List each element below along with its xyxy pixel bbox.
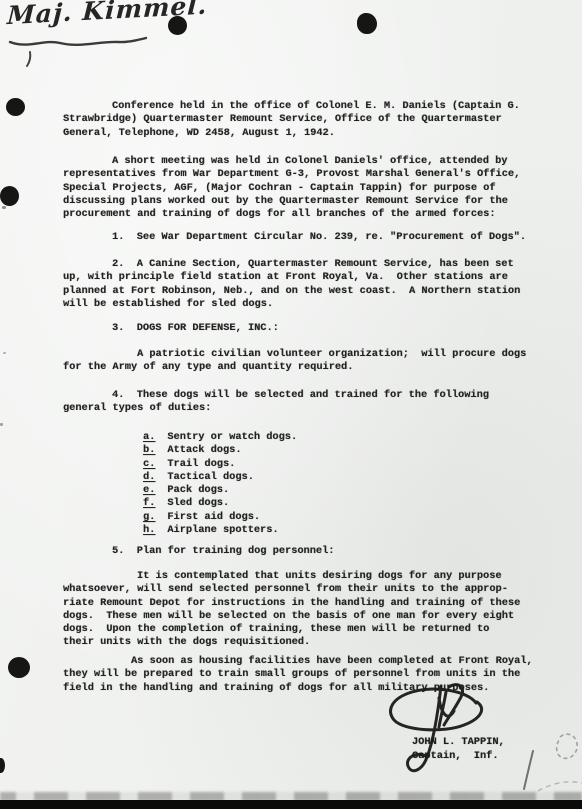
duty-text: Sled dogs. — [155, 497, 229, 509]
duty-list-item: h.Airplane spotters. — [63, 524, 297, 537]
duty-text: First aid dogs. — [155, 511, 260, 523]
duty-list-item: g.First aid dogs. — [63, 511, 297, 524]
duty-letter: d. — [143, 471, 155, 484]
hole-punch-dot — [8, 657, 30, 678]
duty-text: Trail dogs. — [155, 458, 235, 470]
paragraph-volunteer-org: A patriotic civilian volunteer organizat… — [63, 348, 568, 375]
list-item-5-training-plan: 5. Plan for training dog personnel: — [63, 545, 568, 558]
paragraph-front-royal: As soon as housing facilities have been … — [63, 655, 568, 695]
duty-letter: a. — [143, 431, 155, 444]
signature-name: JOHN L. TAPPIN, — [412, 736, 505, 748]
paper-speck — [2, 206, 6, 209]
duty-letter: e. — [143, 484, 155, 497]
list-item-2-canine-section: 2. A Canine Section, Quartermaster Remou… — [63, 258, 568, 311]
list-item-1-circular: 1. See War Department Circular No. 239, … — [63, 231, 568, 244]
duty-text: Sentry or watch dogs. — [155, 431, 297, 443]
duty-list-item: a.Sentry or watch dogs. — [63, 431, 297, 444]
hole-punch-dot — [168, 16, 187, 35]
duty-list-item: d.Tactical dogs. — [63, 471, 297, 484]
duty-letter: g. — [143, 511, 155, 524]
duty-list-item: b.Attack dogs. — [63, 444, 297, 457]
duty-text: Pack dogs. — [155, 484, 229, 496]
paragraph-meeting-summary: A short meeting was held in Colonel Dani… — [63, 155, 568, 221]
list-item-4-duty-types: 4. These dogs will be selected and train… — [63, 389, 568, 416]
duty-letter: b. — [143, 444, 155, 457]
signature-block: JOHN L. TAPPIN,Captain, Inf. — [412, 736, 505, 763]
duty-text: Attack dogs. — [155, 444, 241, 456]
hole-punch-dot — [6, 98, 25, 116]
list-item-3-dogs-for-defense: 3. DOGS FOR DEFENSE, INC.: — [63, 322, 568, 335]
duty-type-list: a.Sentry or watch dogs. b.Attack dogs. c… — [63, 431, 297, 537]
hole-punch-dot — [357, 13, 377, 34]
scan-edge-mark — [0, 758, 5, 773]
duty-list-item: c.Trail dogs. — [63, 458, 297, 471]
duty-letter: h. — [143, 524, 155, 537]
scan-edge-black-band — [0, 800, 582, 809]
duty-text: Airplane spotters. — [155, 524, 278, 536]
paper-speck — [0, 423, 3, 426]
paragraph-conference-header: Conference held in the office of Colonel… — [63, 100, 568, 140]
pencil-mark-curve — [538, 782, 582, 791]
duty-text: Tactical dogs. — [155, 471, 254, 483]
duty-letter: f. — [143, 497, 155, 510]
duty-list-item: e.Pack dogs. — [63, 484, 297, 497]
pencil-mark-slash — [524, 751, 533, 789]
hole-punch-dot — [0, 186, 19, 206]
scanned-document-page: Maj. Kimmel. Conference held in the offi… — [0, 0, 582, 809]
duty-letter: c. — [143, 458, 155, 471]
pencil-mark-circle — [557, 734, 577, 758]
signature-title: Captain, Inf. — [412, 750, 499, 762]
duty-list-item: f.Sled dogs. — [63, 497, 297, 510]
paragraph-training-detail: It is contemplated that units desiring d… — [63, 570, 568, 650]
paper-speck — [3, 352, 6, 354]
